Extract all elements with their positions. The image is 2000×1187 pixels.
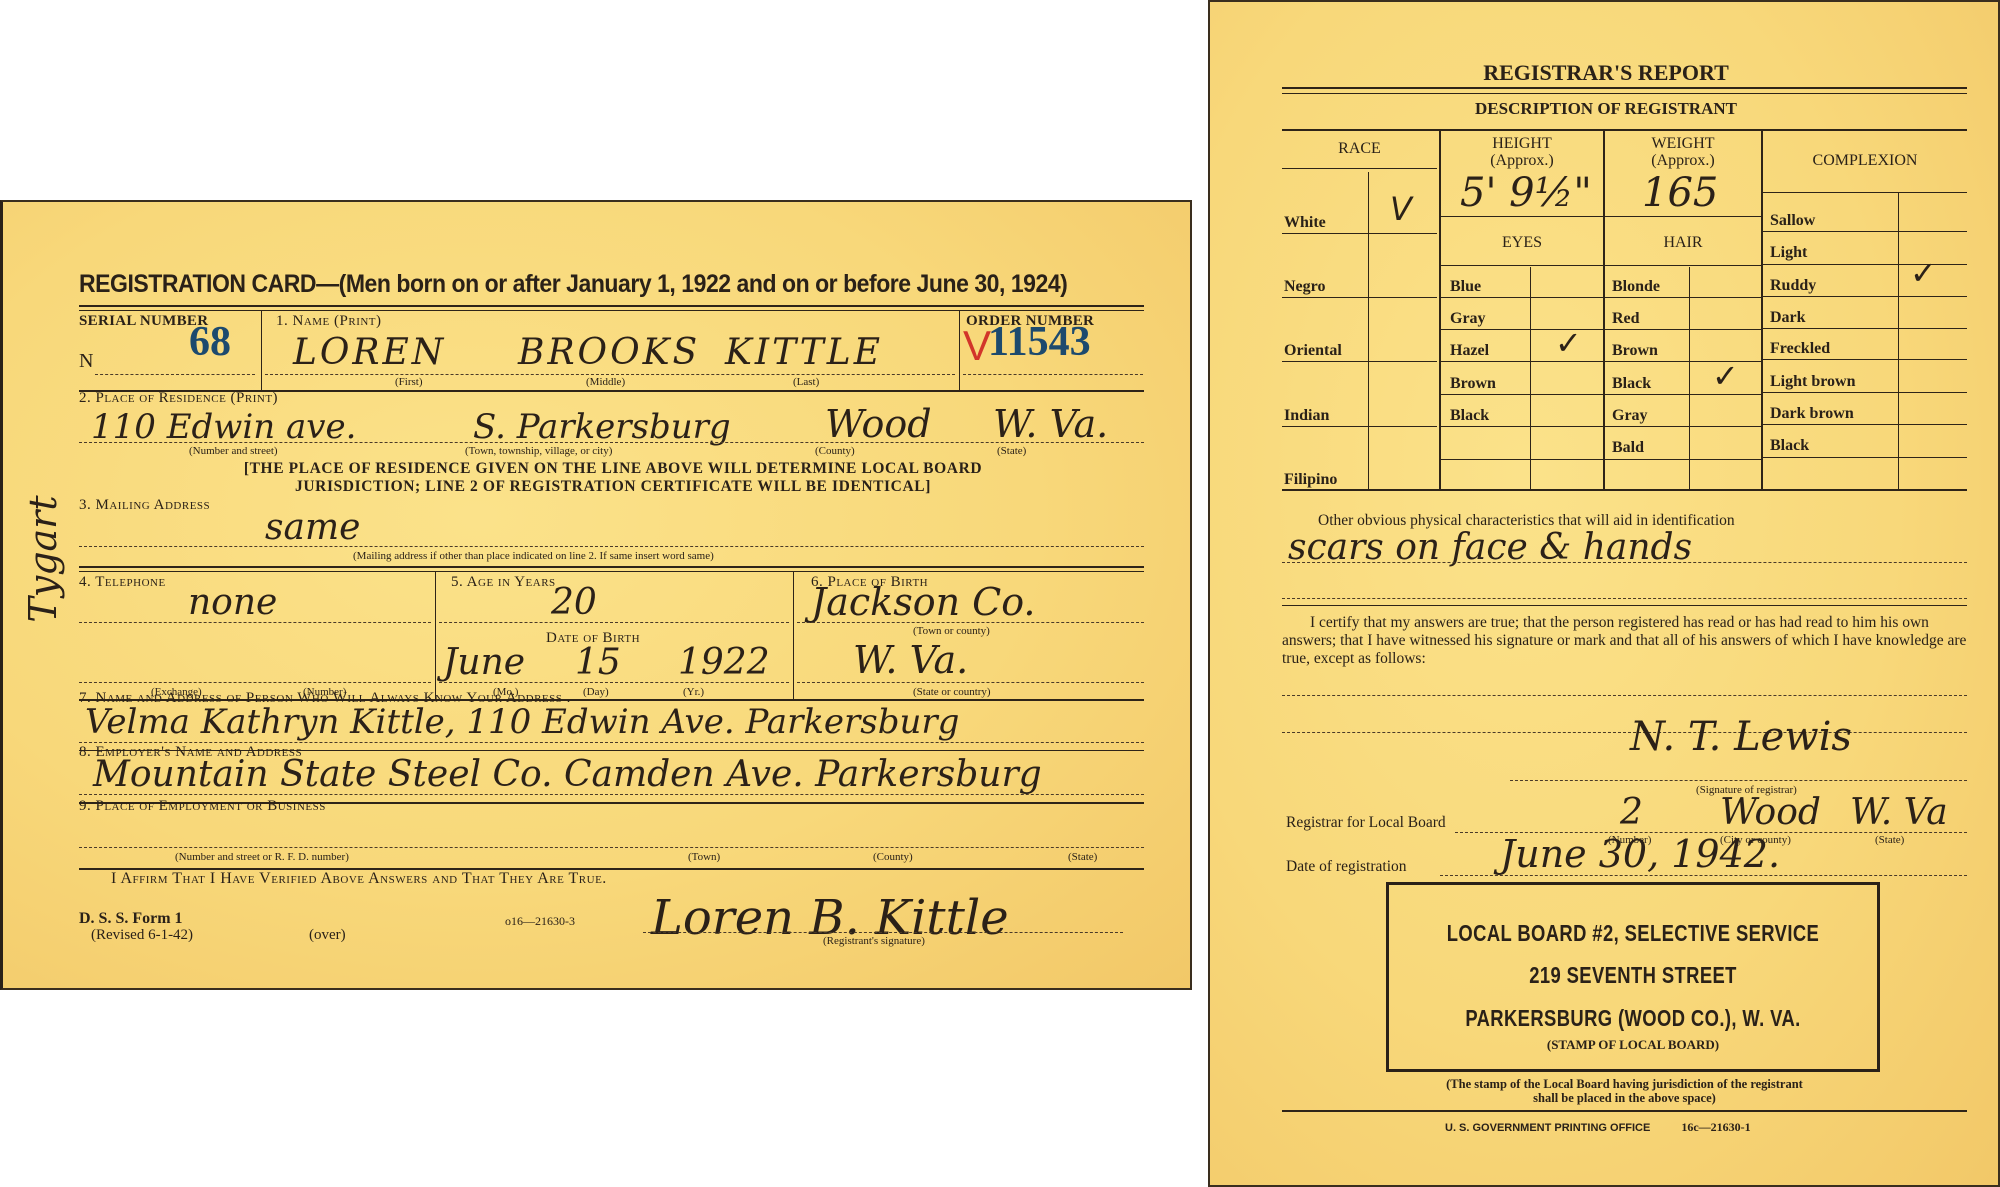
printer-line: U. S. GOVERNMENT PRINTING OFFICE 16c—216… — [1445, 1120, 1751, 1135]
printer-name: U. S. GOVERNMENT PRINTING OFFICE — [1445, 1122, 1650, 1134]
hair-black: Black — [1612, 375, 1651, 393]
day-caption: (Day) — [583, 686, 609, 698]
age-label-text: 5. Age in Years — [451, 574, 556, 590]
weight-value: 165 — [1642, 170, 1718, 216]
notice-line-1: [THE PLACE OF RESIDENCE GIVEN ON THE LIN… — [123, 460, 1103, 478]
complexion-header: COMPLEXION — [1763, 152, 1967, 169]
employer-value: Mountain State Steel Co. Camden Ave. Par… — [93, 754, 1042, 795]
affirmation-text-inner: I Affirm That I Have Verified Above Answ… — [111, 870, 607, 887]
certification-text: I certify that my answers are true; that… — [1282, 614, 1972, 668]
local-board-city: Wood — [1720, 792, 1821, 833]
residence-town: S. Parkersburg — [473, 407, 731, 447]
notice-line-2: JURISDICTION; LINE 2 OF REGISTRATION CER… — [123, 478, 1103, 496]
stamp-line-2: 219 SEVENTH STREET — [1438, 962, 1828, 989]
margin-note: Tygart — [21, 489, 65, 629]
signature-caption: (Registrant's signature) — [823, 935, 925, 947]
eyes-blue: Blue — [1450, 278, 1481, 296]
over-label: (over) — [309, 927, 346, 944]
race-white: White — [1284, 214, 1326, 232]
emp-town-caption: (Town) — [688, 851, 720, 863]
affirmation-text: I Affirm That I Have Verified Above Answ… — [111, 870, 607, 888]
hair-black-check: ✓ — [1712, 357, 1739, 395]
complexion-light-brown: Light brown — [1770, 373, 1856, 391]
eyes-header: EYES — [1441, 234, 1603, 251]
residence-label: 2. Place of Residence (Print) — [79, 390, 278, 407]
form-name: D. S. S. Form 1 — [79, 910, 183, 928]
dob-day: 15 — [575, 642, 621, 683]
eyes-brown: Brown — [1450, 375, 1496, 393]
complexion-black: Black — [1770, 437, 1809, 455]
local-board-stamp: LOCAL BOARD #2, SELECTIVE SERVICE 219 SE… — [1386, 882, 1880, 1072]
mailing-label-text: 3. Mailing Address — [79, 497, 210, 513]
race-oriental: Oriental — [1284, 342, 1342, 360]
contact-value: Velma Kathryn Kittle, 110 Edwin Ave. Par… — [85, 702, 959, 742]
stamp-note-line-2: shall be placed in the above space) — [1282, 1091, 1967, 1105]
last-caption: (Last) — [793, 376, 819, 388]
name-label: 1. Name (Print) — [276, 313, 382, 330]
name-last: KITTLE — [725, 332, 883, 373]
height-sub: (Approx.) — [1441, 152, 1603, 169]
eyes-hazel: Hazel — [1450, 342, 1489, 360]
race-filipino: Filipino — [1284, 471, 1337, 489]
eyes-hazel-check: ✓ — [1555, 324, 1582, 362]
hair-gray: Gray — [1612, 407, 1648, 425]
order-prefix: V — [963, 322, 991, 370]
stamp-caption: (STAMP OF LOCAL BOARD) — [1389, 1037, 1877, 1053]
emp-street-caption: (Number and street or R. F. D. number) — [175, 851, 349, 863]
first-caption: (First) — [395, 376, 423, 388]
employment-place-label-text: 9. Place of Employment or Business — [79, 798, 326, 814]
weight-header: WEIGHT (Approx.) — [1605, 135, 1761, 169]
birthplace-town-caption: (Town or county) — [913, 625, 990, 637]
employment-place-label: 9. Place of Employment or Business — [79, 798, 326, 815]
emp-state-caption: (State) — [1068, 851, 1097, 863]
race-negro: Negro — [1284, 278, 1325, 296]
print-code: o16—21630-3 — [505, 914, 575, 929]
birthplace-state: W. Va. — [853, 638, 968, 682]
stamp-line-3: PARKERSBURG (WOOD CO.), W. VA. — [1438, 1005, 1828, 1032]
mailing-label: 3. Mailing Address — [79, 497, 210, 514]
printer-code: 16c—21630-1 — [1681, 1120, 1750, 1134]
year-caption: (Yr.) — [683, 686, 704, 698]
state-caption: (State) — [997, 445, 1026, 457]
local-board-label: Registrar for Local Board — [1286, 814, 1446, 832]
date-of-registration-value: June 30, 1942. — [1500, 832, 1780, 876]
weight-header-text: WEIGHT — [1605, 135, 1761, 152]
complexion-ruddy-check: ✓ — [1910, 254, 1937, 292]
age-value: 20 — [551, 582, 597, 623]
age-label: 5. Age in Years — [451, 574, 556, 591]
name-first: LOREN — [293, 332, 446, 373]
race-header: RACE — [1282, 140, 1437, 157]
weight-sub: (Approx.) — [1605, 152, 1761, 169]
residence-notice: [THE PLACE OF RESIDENCE GIVEN ON THE LIN… — [123, 460, 1103, 496]
race-white-check: V — [1390, 190, 1412, 228]
serial-prefix: N — [79, 350, 94, 373]
complexion-light: Light — [1770, 244, 1807, 262]
registration-card-front: Tygart REGISTRATION CARD—(Men born on or… — [0, 200, 1192, 990]
town-caption: (Town, township, village, or city) — [465, 445, 612, 457]
telephone-label: 4. Telephone — [79, 574, 166, 591]
middle-caption: (Middle) — [586, 376, 625, 388]
eyes-gray: Gray — [1450, 310, 1486, 328]
order-number-value: 11543 — [988, 318, 1091, 366]
complexion-ruddy: Ruddy — [1770, 277, 1816, 295]
mailing-value: same — [265, 507, 360, 548]
stamp-note-line-1: (The stamp of the Local Board having jur… — [1282, 1077, 1967, 1091]
telephone-value: none — [188, 582, 277, 623]
complexion-sallow: Sallow — [1770, 212, 1815, 230]
stamp-line-1: LOCAL BOARD #2, SELECTIVE SERVICE — [1438, 920, 1828, 947]
card-title: REGISTRATION CARD—(Men born on or after … — [79, 270, 1067, 299]
registrars-report-back: REGISTRAR'S REPORT DESCRIPTION OF REGIST… — [1208, 0, 2000, 1187]
name-middle: BROOKS — [518, 332, 700, 373]
report-title: REGISTRAR'S REPORT — [1210, 60, 2000, 86]
residence-street: 110 Edwin ave. — [91, 407, 356, 447]
emp-county-caption: (County) — [873, 851, 913, 863]
description-subtitle: DESCRIPTION OF REGISTRANT — [1210, 99, 2000, 119]
dob-year: 1922 — [678, 642, 770, 683]
height-header: HEIGHT (Approx.) — [1441, 135, 1603, 169]
name-label-text: 1. Name (Print) — [276, 313, 382, 329]
hair-red: Red — [1612, 310, 1640, 328]
local-board-number: 2 — [1620, 792, 1643, 833]
hair-blonde: Blonde — [1612, 278, 1660, 296]
race-indian: Indian — [1284, 407, 1329, 425]
telephone-label-text: 4. Telephone — [79, 574, 166, 590]
eyes-black: Black — [1450, 407, 1489, 425]
residence-county: Wood — [825, 402, 932, 446]
hair-bald: Bald — [1612, 439, 1644, 457]
county-caption: (County) — [815, 445, 855, 457]
local-board-state: W. Va — [1850, 792, 1948, 833]
height-value: 5' 9½" — [1460, 170, 1592, 216]
local-board-state-caption: (State) — [1875, 834, 1904, 846]
birthplace-town: Jackson Co. — [811, 580, 1036, 624]
registrar-signature: N. T. Lewis — [1630, 714, 1852, 760]
residence-label-text: 2. Place of Residence (Print) — [79, 390, 278, 406]
residence-state: W. Va. — [993, 402, 1108, 446]
birthplace-state-caption: (State or country) — [913, 686, 991, 698]
hair-header: HAIR — [1605, 234, 1761, 251]
hair-brown: Brown — [1612, 342, 1658, 360]
mailing-caption: (Mailing address if other than place ind… — [353, 550, 714, 562]
complexion-dark: Dark — [1770, 309, 1806, 327]
dob-month: June — [443, 642, 525, 683]
height-header-text: HEIGHT — [1441, 135, 1603, 152]
complexion-dark-brown: Dark brown — [1770, 405, 1854, 423]
form-revised: (Revised 6-1-42) — [91, 927, 193, 944]
street-caption: (Number and street) — [189, 445, 278, 457]
serial-number-value: 68 — [189, 318, 231, 366]
stamp-note: (The stamp of the Local Board having jur… — [1282, 1077, 1967, 1105]
complexion-freckled: Freckled — [1770, 340, 1830, 358]
date-of-registration-label: Date of registration — [1286, 858, 1407, 876]
